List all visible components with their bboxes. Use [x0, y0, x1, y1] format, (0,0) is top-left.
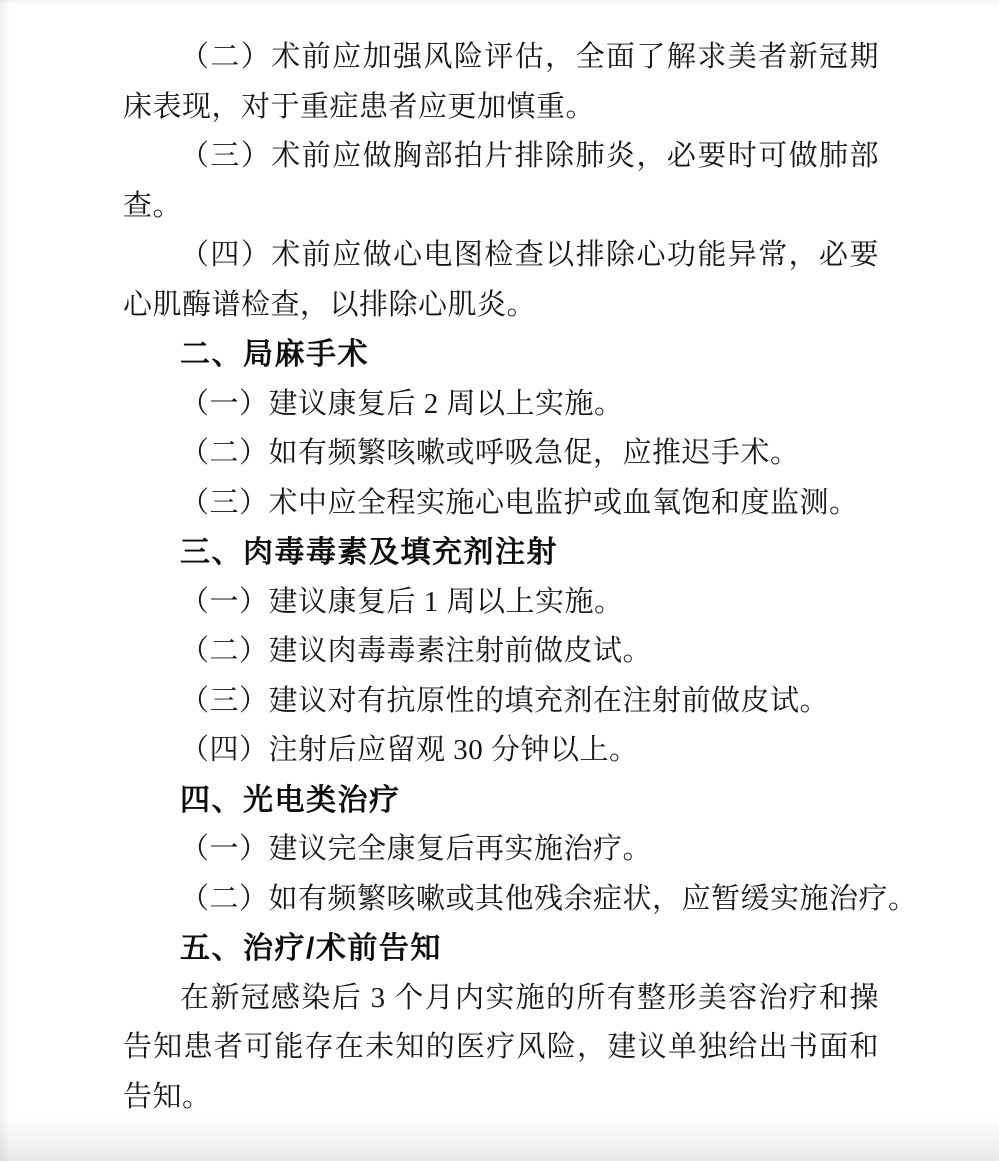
document-line: （一）建议完全康复后再实施治疗。 — [123, 825, 879, 875]
document-line: （三）建议对有抗原性的填充剂在注射前做皮试。 — [123, 677, 879, 727]
document-line: 床表现，对于重症患者应更加慎重。 — [123, 83, 879, 133]
document-line: （二）术前应加强风险评估，全面了解求美者新冠期间的临 — [123, 33, 879, 83]
text-block: （二）术前应加强风险评估，全面了解求美者新冠期间的临床表现，对于重症患者应更加慎… — [123, 33, 879, 1122]
document-line: （四）术前应做心电图检查以排除心功能异常，必要时可做 — [123, 231, 879, 281]
document-page: （二）术前应加强风险评估，全面了解求美者新冠期间的临床表现，对于重症患者应更加慎… — [0, 0, 999, 1161]
document-line: 告知。 — [123, 1073, 879, 1123]
document-line: 在新冠感染后 3 个月内实施的所有整形美容治疗和操作，应 — [123, 974, 879, 1024]
document-line: 查。 — [123, 182, 879, 232]
document-line: （二）如有频繁咳嗽或其他残余症状，应暂缓实施治疗。 — [123, 875, 879, 925]
document-line: （二）如有频繁咳嗽或呼吸急促，应推迟手术。 — [123, 429, 879, 479]
section-heading: 五、治疗/术前告知 — [123, 924, 879, 974]
document-line: （二）建议肉毒毒素注射前做皮试。 — [123, 627, 879, 677]
document-line: （三）术中应全程实施心电监护或血氧饱和度监测。 — [123, 479, 879, 529]
section-heading: 三、肉毒毒素及填充剂注射 — [123, 528, 879, 578]
section-heading: 二、局麻手术 — [123, 330, 879, 380]
document-line: （一）建议康复后 1 周以上实施。 — [123, 578, 879, 628]
document-line: （四）注射后应留观 30 分钟以上。 — [123, 726, 879, 776]
section-heading: 四、光电类治疗 — [123, 776, 879, 826]
document-line: 心肌酶谱检查，以排除心肌炎。 — [123, 281, 879, 331]
document-line: （一）建议康复后 2 周以上实施。 — [123, 380, 879, 430]
document-line: （三）术前应做胸部拍片排除肺炎，必要时可做肺部 CT 检 — [123, 132, 879, 182]
document-line: 告知患者可能存在未知的医疗风险，建议单独给出书面和口头的 — [123, 1023, 879, 1073]
